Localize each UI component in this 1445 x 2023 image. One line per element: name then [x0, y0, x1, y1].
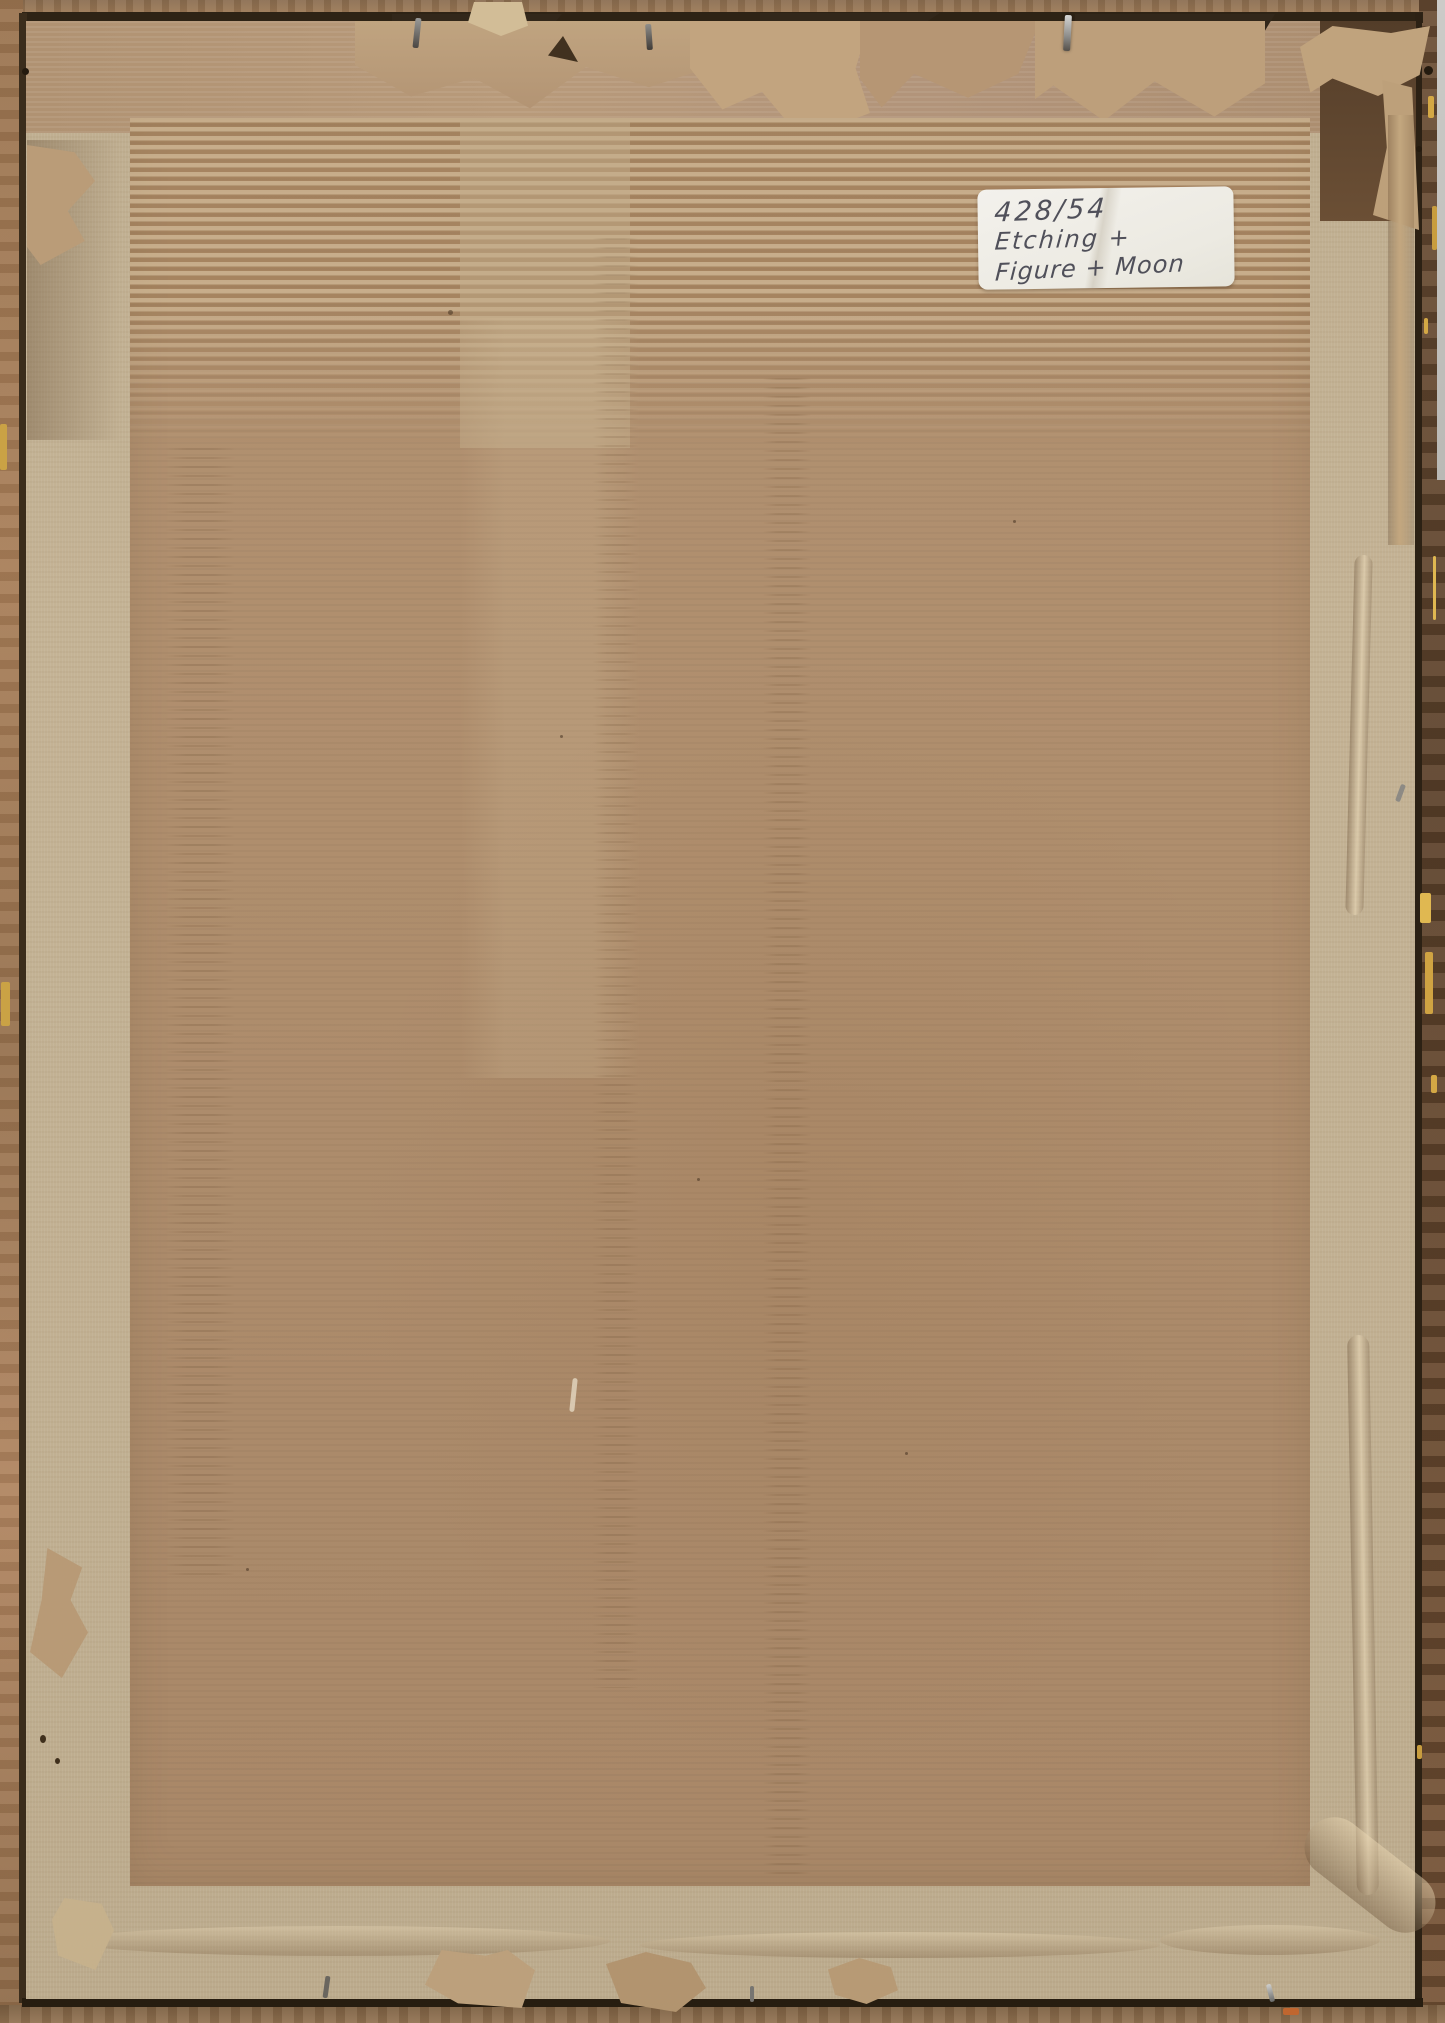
dirt-speck [905, 1452, 908, 1455]
metal-pin [750, 1986, 754, 2002]
tape-wrinkle [640, 1932, 1160, 1958]
corrugation-dash-column [165, 448, 235, 1578]
dirt-speck [40, 1735, 46, 1743]
gilt-fleck [1, 982, 10, 1026]
frame-gap-shadow-right [1415, 13, 1422, 2005]
dirt-speck [1013, 520, 1016, 523]
gilt-fleck [1431, 1075, 1437, 1093]
tape-wrinkle [70, 1926, 610, 1956]
framed-artwork-back-photo: 428/54 Etching + Figure + Moon [0, 0, 1445, 2023]
paint-fleck [1283, 2008, 1299, 2015]
gilt-fleck [1420, 893, 1431, 923]
tape-wrinkle [1160, 1925, 1380, 1955]
nail-hole [1416, 146, 1422, 152]
gilt-fleck [1417, 1745, 1422, 1759]
dirt-speck [560, 735, 563, 738]
tape-wrinkle [1388, 115, 1414, 545]
inventory-label: 428/54 Etching + Figure + Moon [977, 186, 1234, 290]
corrugation-dash-column [593, 238, 638, 1688]
gilt-fleck [1428, 96, 1434, 118]
dirt-speck [246, 1568, 249, 1571]
gilt-fleck [1432, 206, 1437, 250]
frame-edge-bottom [0, 2005, 1445, 2023]
dirt-speck [697, 1178, 700, 1181]
gilt-fleck [1433, 556, 1436, 620]
dirt-speck [55, 1758, 60, 1764]
frame-gap-shadow-bottom [22, 1998, 1423, 2007]
corrugation-dash-column [763, 378, 811, 1878]
nail-hole [1424, 66, 1433, 75]
cardboard-backing [130, 118, 1310, 1886]
label-text-block: 428/54 Etching + Figure + Moon [994, 191, 1225, 286]
gilt-fleck [1425, 952, 1433, 1014]
dirt-speck [448, 310, 453, 315]
nail-hole [22, 68, 29, 75]
gilt-fleck [0, 424, 7, 470]
wall-background-sliver [1437, 0, 1445, 480]
gilt-fleck [1424, 318, 1428, 334]
